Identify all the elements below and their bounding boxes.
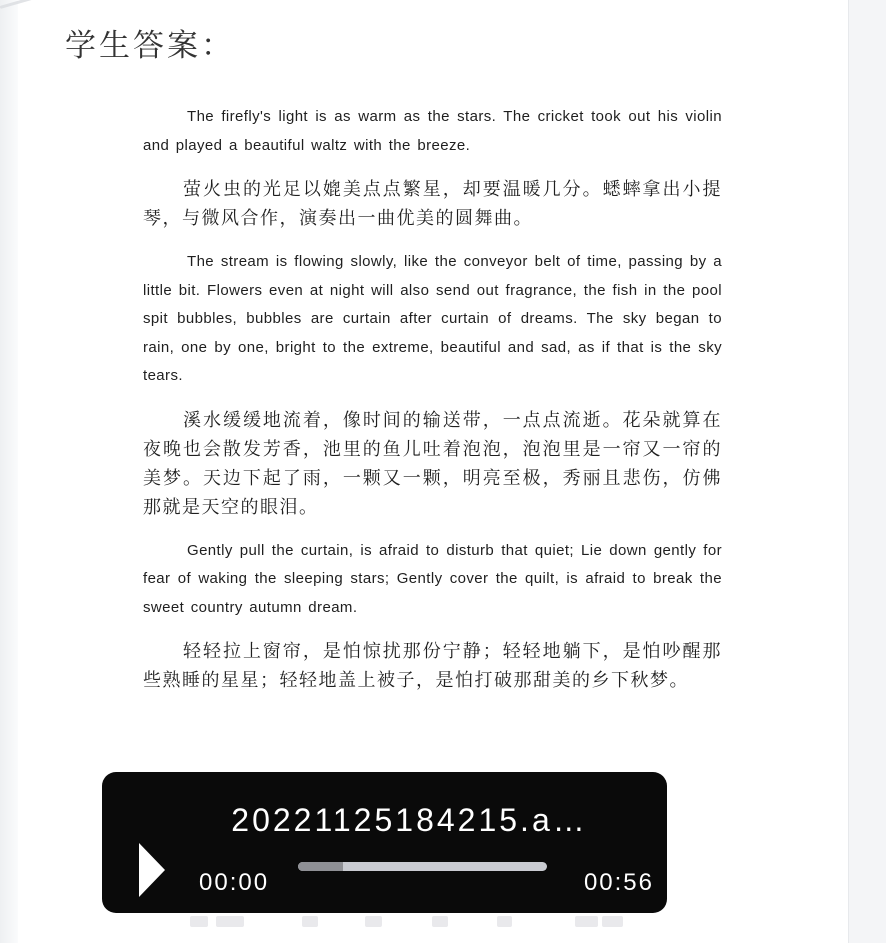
paragraph-chinese-2: 溪水缓缓地流着，像时间的输送带，一点点流逝。花朵就算在夜晚也会散发芳香，池里的鱼… (143, 406, 722, 522)
student-answer-text: The firefly's light is as warm as the st… (143, 103, 722, 710)
total-duration: 00:56 (584, 869, 654, 897)
paragraph-english-2: The stream is flowing slowly, like the c… (143, 248, 722, 391)
audio-filename: 20221125184215.a… (172, 802, 647, 839)
page: 学生答案： The firefly's light is as warm as … (0, 0, 886, 943)
cropped-next-row-fragments (0, 916, 886, 930)
paragraph-chinese-1: 萤火虫的光足以媲美点点繁星，却要温暖几分。蟋蟀拿出小提琴，与微风合作，演奏出一曲… (143, 175, 722, 233)
current-time: 00:00 (199, 869, 269, 897)
left-edge-strip (0, 0, 18, 943)
play-icon[interactable] (139, 843, 165, 897)
audio-player[interactable]: 20221125184215.a… 00:00 00:56 (102, 772, 667, 913)
paragraph-english-3: Gently pull the curtain, is afraid to di… (143, 537, 722, 623)
paragraph-english-1: The firefly's light is as warm as the st… (143, 103, 722, 160)
paragraph-chinese-3: 轻轻拉上窗帘，是怕惊扰那份宁静；轻轻地躺下，是怕吵醒那些熟睡的星星；轻轻地盖上被… (143, 637, 722, 695)
right-edge-strip (848, 0, 886, 943)
page-title: 学生答案： (65, 20, 235, 65)
progress-elapsed (298, 862, 343, 871)
progress-bar[interactable] (298, 862, 547, 871)
